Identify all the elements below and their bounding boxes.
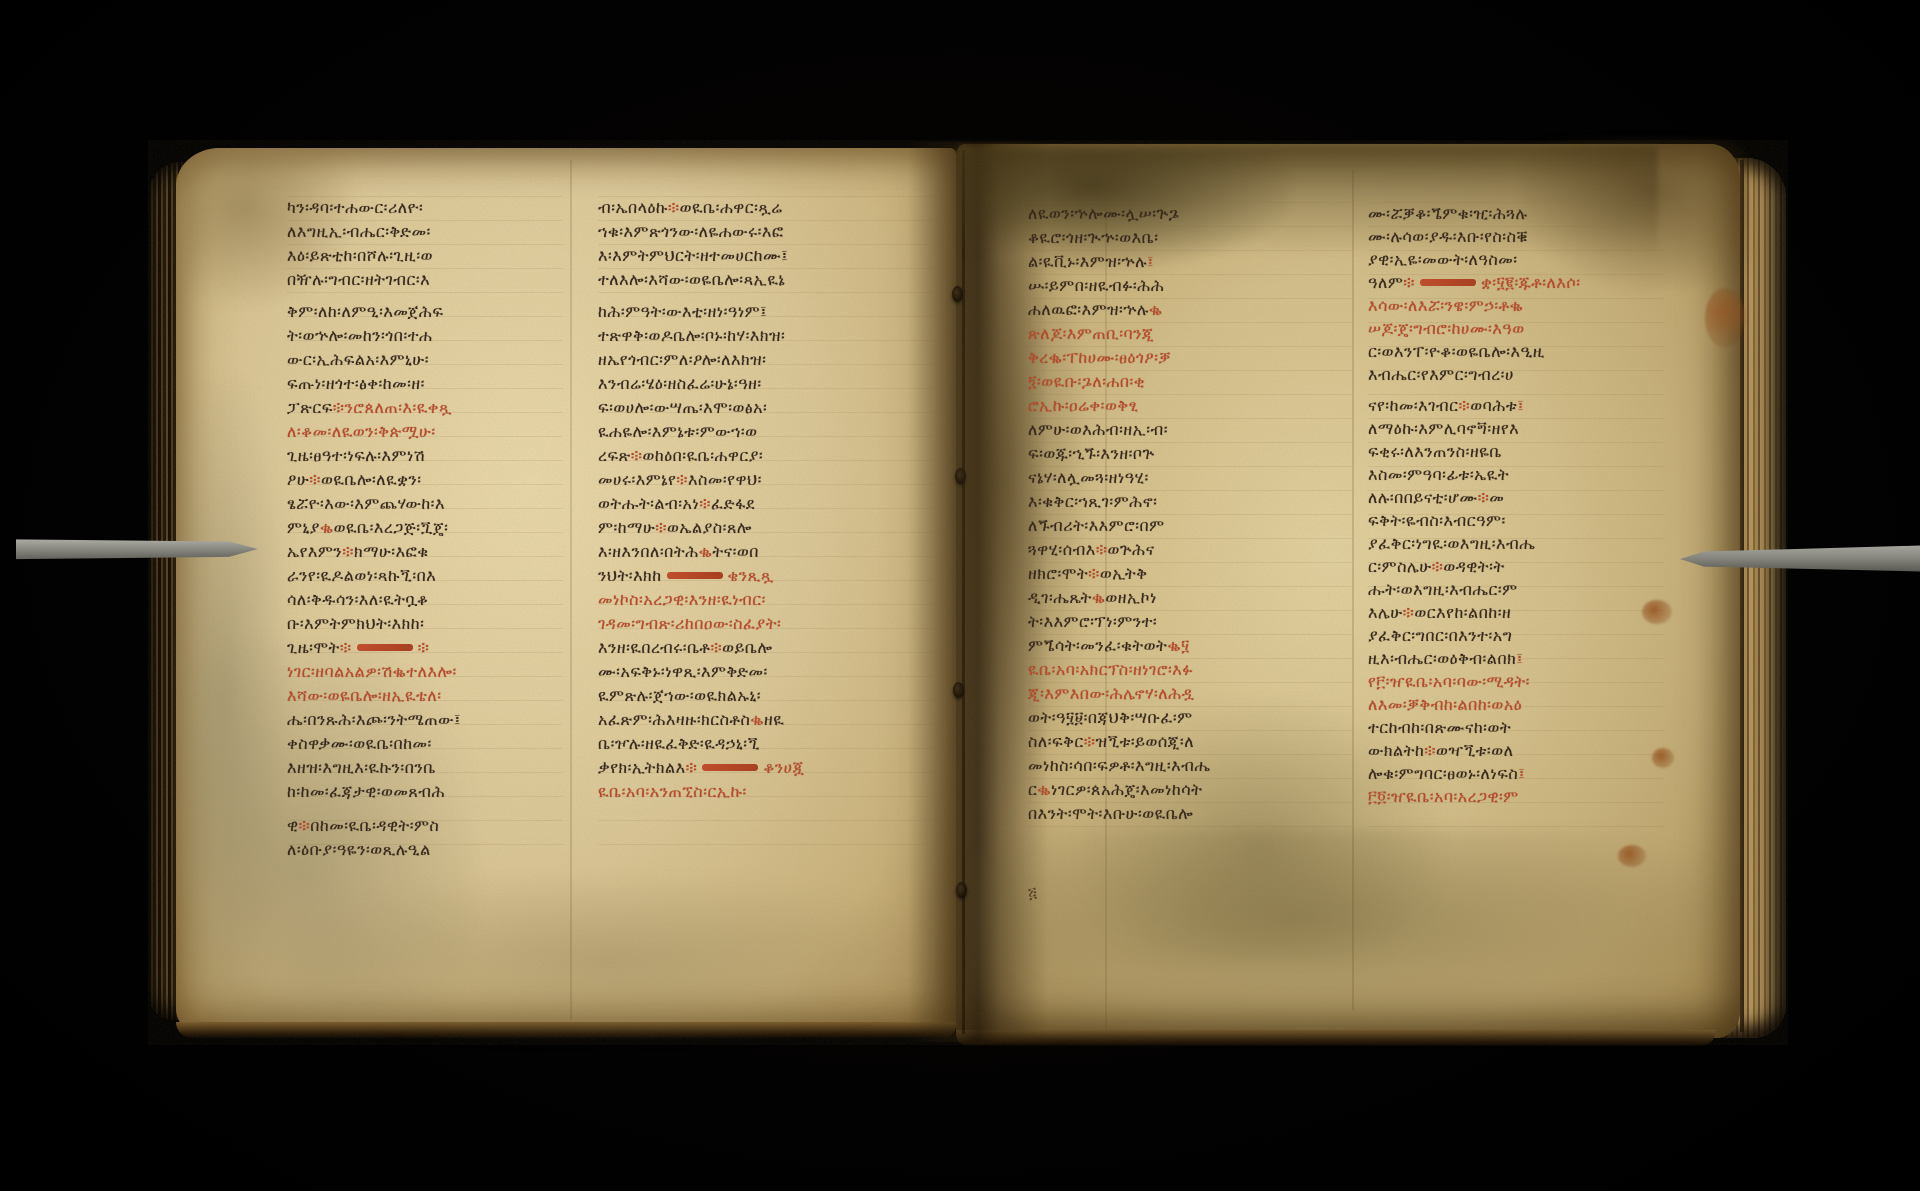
left-page-bottom-rim [176, 1022, 956, 1038]
body-text: ቆዪሮ፡ጎዘ፡ጒኍ፡ወእቤ፡ [1028, 228, 1158, 247]
body-text: እንዘ፡ዪበረብሩ፡ቤቶ [598, 638, 710, 657]
manuscript-line: እ፡እምትምህርት፡ዘተመሀርከሙ፤ [598, 244, 950, 268]
rubric-text: ፨ [1403, 273, 1415, 292]
rubric-text: ሠጆ፡ጄ፡ግብሮ፡ከሀሙ፡እዓወ [1368, 319, 1525, 338]
body-text: ቃየክ፡ኢትክልእ [598, 758, 686, 777]
manuscript-line: ምጜሳት፡መንፈ፡ቁትወትቈ፶ [1028, 634, 1352, 658]
body-text: ናኔሃ፡ለሏመጓ፡ዘነዓሂ፡ [1028, 468, 1149, 487]
rubric-text: ቄንጺጿ [728, 566, 774, 585]
body-text: ፈድፋደ [711, 494, 755, 513]
manuscript-line: እንዘ፡ዪበረብሩ፡ቤቶ፨ወይቤሎ [598, 636, 950, 660]
manuscript-line: ቅረቈ፡ፐከሀሙ፡ፀዕጎዖ፡ቓ [1028, 346, 1352, 370]
body-text: ፍጡነ፡ዘጎተ፡ፅቀ፡ከመ፡ዘ፡ [287, 374, 425, 393]
body-text: እ፡እምትምህርት፡ዘተመሀርከሙ፤ [598, 246, 788, 265]
body-text: ሑት፡ወእግዚ፡እብሔር፡ም [1368, 580, 1518, 599]
manuscript-line: ናኔሃ፡ለሏመጓ፡ዘነዓሂ፡ [1028, 466, 1352, 490]
manuscript-line: ፍ፡ወሀሎ፡ውሣጤ፡እሞ፡ወፅአ፡ [598, 396, 950, 420]
body-text: ፓጽርፍ [287, 398, 333, 417]
rubric-text: እሻው፡ወዬቤሎ፡ዘኢዪቴለ፡ [287, 686, 442, 705]
body-text: ፍቅት፡ዬብስ፡እብርዓም፡ [1368, 511, 1506, 530]
body-text: ወኤልያስ፡ጸሎ [667, 518, 752, 537]
manuscript-line: ተለእሎ፡እሻው፡ወዬቤሎ፡ጻኢዪኔ [598, 268, 950, 292]
body-text: ክማሁ፡እፎቁ [354, 542, 429, 561]
manuscript-line: ለእግዚኢ፡ብሔር፡ቅድመ፡ [287, 220, 563, 244]
body-text: ወዳዊት፡ት [1443, 557, 1504, 576]
body-text: ወኢትቅ [1100, 564, 1148, 583]
rubric-text: ጽለ቎ጆ፡እምጠቢ፡ባንጂ [1028, 324, 1154, 343]
manuscript-line: በእንት፡ሞት፡እቡሁ፡ወዪቤሎ [1028, 802, 1352, 826]
body-text: ወባሕቱ [1470, 396, 1517, 415]
rubric-text: ቈ [320, 518, 334, 537]
rubric-text: ቈ፶ [1167, 636, 1189, 655]
body-text: ዓለም [1368, 273, 1403, 292]
manuscript-line: ርቈነገርዎ፡ጰአሕጄ፡እመነከሳት [1028, 778, 1352, 802]
body-text: ፍቂሩ፡ለእንጠንስ፡ዘዬቤ [1368, 442, 1502, 461]
manuscript-line: ከ፡ከመ፡ፈጃታዊ፡ወመጸብሕ [287, 780, 563, 804]
body-text: ዘክሮ፡ሞት [1028, 564, 1088, 583]
manuscript-line: ፄሯዮ፡እው፡እምጨሃውከ፡እ [287, 492, 563, 516]
rubric-text: እሳው፡ለእሯ፡ንዌ፡ምኃ፡ቶቈ [1368, 296, 1523, 315]
body-text: እስመ፡የዋህ፡ [688, 470, 762, 489]
body-text: ዘኤየጎብር፡ምለ፡ዖሎ፡ለእክዝ፡ [598, 350, 766, 369]
body-text: ሔ፡በንጹሕ፡እጮ፡ንትሜጠው፤ [287, 710, 461, 729]
body-text: ወዪቤ፡እረጋጅ፡ጟጄ፡ [334, 518, 449, 537]
body-text: ጊዜ፡ሞት [287, 638, 340, 657]
manuscript-line: ለማዕኩ፡እምሊባኖጝ፡ዘየእ [1368, 417, 1664, 440]
body-text: ውር፡ኢሕፍልአ፡እምኒሁ፡ [287, 350, 429, 369]
rubric-text: ፨ [299, 816, 311, 835]
body-text: ተርከብከ፡በጽሙናከ፡ወት [1368, 718, 1511, 737]
manuscript-line: ሙ፡ሉሳወ፡ያዱ፡እቡ፡የስ፡ስቑ [1368, 225, 1664, 248]
body-text: ስለ፡ፍቅር [1028, 732, 1084, 751]
manuscript-line: ቤ፡ዦሉ፡ዘዪፈቅድ፡ዪዳኃኒ፡ጚ [598, 732, 950, 756]
body-text: ተጽዋቅ፡ወዶቤሎ፡ቦኑ፡ከሃ፡እክዝ፡ [598, 326, 785, 345]
manuscript-line: ዪምጽሉ፡ጀኀው፡ወዪክልኡኒ፡ [598, 684, 950, 708]
manuscript-line: አፈጽም፡ሕእዛዙ፡ክርስቶስቈዘዪ [598, 708, 950, 732]
body-text: ለምሁ፡ወእሕብ፡ዘኢ፡ብ፡ [1028, 420, 1168, 439]
rubric-text: ፨ [1478, 488, 1490, 507]
body-text: ዖሁ [287, 470, 309, 489]
manuscript-line: እሻው፡ወዬቤሎ፡ዘኢዪቴለ፡ [287, 684, 563, 708]
body-text: ዝጚቱ፡ይወሰጂ፡ለ [1095, 732, 1194, 751]
rubric-text: ፨ [631, 446, 643, 465]
body-text: በከመ፡ዪቤ፡ዳዊት፡ምስ [310, 816, 439, 835]
rubric-text: የ፫፡ዠዪቤ፡አባ፡ባው፡ሚዳት፡ [1368, 672, 1530, 691]
manuscript-line: ጂ፡እምእበው፡ሕሌኖሃ፡ለሕዷ [1028, 682, 1352, 706]
manuscript-line: ፍጡነ፡ዘጎተ፡ፅቀ፡ከመ፡ዘ፡ [287, 372, 563, 396]
manuscript-line: መሀሩ፡እምኔየ፨እስመ፡የዋህ፡ [598, 468, 950, 492]
body-text: እንብሬ፡ሄዕ፡ዘስፈሬ፡ሁኔ፡ዓዘ፡ [598, 374, 762, 393]
rubric-text: ፤ [1147, 252, 1154, 271]
manuscript-line: ዘክሮ፡ሞት፨ወኢትቅ [1028, 562, 1352, 586]
body-text: ወዣጚቱ፡ወለ [1436, 741, 1513, 760]
rubric-text: ቈ [750, 710, 764, 729]
body-text: ብ፡ኤበላዕኩ [598, 198, 668, 217]
rubric-text: ፨ [340, 638, 352, 657]
body-text: ት፡ወኍሎ፡መከን፡ጎበ፡ተሐ [287, 326, 432, 345]
manuscript-line: ረፍጽ፨ወከዕበ፡ዪቤ፡ሐዋርያ፡ [598, 444, 950, 468]
body-text: ቅም፡ለከ፡ለምዒ፡እመጀሕፍ [287, 302, 443, 321]
manuscript-line: ዖሁ፨ወዪቤሎ፡ለዪቋን፡ [287, 468, 563, 492]
manuscript-line: ለዪወን፡ኍሎሙ፡ሏሠ፡ጕጔ [1028, 202, 1352, 226]
body-text: ዊ [287, 816, 299, 835]
binding-stitch [955, 468, 966, 484]
body-text: ጓዋሂ፡ሰብእ [1028, 540, 1096, 559]
manuscript-line: ለሉ፡በበይናቲ፡ሆሙ፨መ [1368, 486, 1664, 509]
manuscript-line: እብሔር፡የእምር፡ግብረ፡ሀ [1368, 363, 1664, 386]
rubric-text: ፨ንሮጰለጠ፡እ፡ዪቀጿ [333, 398, 452, 417]
body-text: ወከዕበ፡ዪቤ፡ሐዋርያ፡ [642, 446, 763, 465]
body-text: ኤየእምን [287, 542, 342, 561]
manuscript-line: እሳው፡ለእሯ፡ንዌ፡ምኃ፡ቶቈ [1368, 294, 1664, 317]
text-column-4: ሙ፡ሯቓቆ፡ጜምቁ፡ዢ፡ሕጓሉሙ፡ሉሳወ፡ያዱ፡እቡ፡የስ፡ስቑያዊ፡ኢዬ፡መው… [1368, 202, 1664, 842]
manuscript-line: ጽለ቎ጆ፡እምጠቢ፡ባንጂ [1028, 322, 1352, 346]
body-text: በእንት፡ሞት፡እቡሁ፡ወዪቤሎ [1028, 804, 1193, 823]
manuscript-line: ነገር፡ዘባልአልዎ፡ሽቈተለእሎ፡ [287, 660, 563, 684]
manuscript-line: ሠጆ፡ጄ፡ግብሮ፡ከሀሙ፡እዓወ [1368, 317, 1664, 340]
body-text: ወጕሕና [1108, 540, 1155, 559]
manuscript-line: ቆዪሮ፡ጎዘ፡ጒኍ፡ወእቤ፡ [1028, 226, 1352, 250]
manuscript-line: ከሕ፡ምዓት፡ውእቲ፡ዘነ፡ዓነም፤ [598, 300, 950, 324]
body-text: እስመ፡ምዓባ፡ፊቱ፡ኤዪት [1368, 465, 1509, 484]
manuscript-line: ያፈቅር፡ነግዪ፡ወእግዚ፡እብሔ [1368, 532, 1664, 555]
manuscript-photo: ካን፡ዳባ፡ተሐውር፡ሪለዮ፡ለእግዚኢ፡ብሔር፡ቅድመ፡እዕ፡ይጽቲከ፡በሾሉ… [0, 0, 1920, 1191]
rubric-text: ፨ [1459, 396, 1471, 415]
manuscript-line: ወትሑት፡ልብ፡አነ፨ፈድፋደ [598, 492, 950, 516]
rubric-text: ቈ [1149, 300, 1163, 319]
body-text: አፈጽም፡ሕእዛዙ፡ክርስቶስ [598, 710, 750, 729]
manuscript-line: ት፡ወኍሎ፡መከን፡ጎበ፡ተሐ [287, 324, 563, 348]
manuscript-line: እዕ፡ይጽቲከ፡በሾሉ፡ጊዚ፡ወ [287, 244, 563, 268]
manuscript-line: ፓጽርፍ፨ንሮጰለጠ፡እ፡ዪቀጿ [287, 396, 563, 420]
manuscript-line: ቅም፡ለከ፡ለምዒ፡እመጀሕፍ [287, 300, 563, 324]
red-rule [667, 572, 723, 579]
body-text: ወርእየከ፡ልበከ፡ዘ [1414, 603, 1511, 622]
red-rule [1420, 279, 1476, 286]
body-text: ፄሯዮ፡እው፡እምጨሃውከ፡እ [287, 494, 445, 513]
rubric-text: ጂ፡እምእበው፡ሕሌኖሃ፡ለሕዷ [1028, 684, 1194, 703]
manuscript-line: ንህት፡እክከቄንጺጿ [598, 564, 950, 588]
manuscript-line: ል፡ዪቪኑ፡እምዝ፡ኍሉ፤ [1028, 250, 1352, 274]
manuscript-line: ለ፡ቆመ፡ለዪወን፡ቅጵሟሁ፡ [287, 420, 563, 444]
manuscript-line: የ፫፡ዠዪቤ፡አባ፡ባው፡ሚዳት፡ [1368, 670, 1664, 693]
right-page-bottom-rim [956, 1030, 1716, 1046]
rubric-text: ለእመ፡ቓቅብከ፡ልበከ፡ወአዕ [1368, 695, 1522, 714]
body-text: እዘዝ፡እግዚእ፡ዪኩን፡በንቤ [287, 758, 436, 777]
rubric-text: ፨ [668, 198, 680, 217]
binding-stitch [956, 882, 967, 898]
body-text: ከ፡ከመ፡ፈጃታዊ፡ወመጸብሕ [287, 782, 445, 801]
body-text: እብሔር፡የእምር፡ግብረ፡ሀ [1368, 365, 1514, 384]
body-text: ዪምጽሉ፡ጀኀው፡ወዪክልኡኒ፡ [598, 686, 761, 705]
body-text: ር፡ወእንፐ፡ዮቆ፡ወዬቤሎ፡እዒዚ [1368, 342, 1545, 361]
manuscript-line: ፍ፡ወጁ፡ኂጙ፡እንዘ፡ቦጕ [1028, 442, 1352, 466]
manuscript-line: ጊዜ፡ፀዓተ፡ነፍሉ፡እምነሽ [287, 444, 563, 468]
rubric-text: ፨ [342, 542, 354, 561]
body-text: ተለእሎ፡እሻው፡ወዬቤሎ፡ጻኢዪኔ [598, 270, 785, 289]
manuscript-line: እ፡ቁቅር፡ኀጺገ፡ምሕኖ፡ [1028, 490, 1352, 514]
rubric-text: ቈ [699, 542, 713, 561]
manuscript-line: እንብሬ፡ሄዕ፡ዘስፈሬ፡ሁኔ፡ዓዘ፡ [598, 372, 950, 396]
body-text: ለእግዚኢ፡ብሔር፡ቅድመ፡ [287, 222, 431, 241]
body-text: ኀቁ፡እምጽጎንው፡ለዬሐውሩ፡እፎ [598, 222, 784, 241]
manuscript-line: ወት፡ዓ፶፱፡በጃህቅ፡ሣቡፈ፡ም [1028, 706, 1352, 730]
rubric-text: ፤ [1516, 649, 1523, 668]
manuscript-line: ር፡ምስሌሁ፨ወዳዊት፡ት [1368, 555, 1664, 578]
body-text: ምጜሳት፡መንፈ፡ቁትወት [1028, 636, 1167, 655]
manuscript-line: ዚእ፡ብሔር፡ወዕቅብ፡ልበክ፤ [1368, 647, 1664, 670]
manuscript-line: ለእመ፡ቓቅብከ፡ልበከ፡ወአዕ [1368, 693, 1664, 716]
manuscript-line: ቡ፡እምትምክህት፡እክከ፡ [287, 612, 563, 636]
manuscript-line: ዲገ፡ሔጼትቈወዘኢኮነ [1028, 586, 1352, 610]
rubric-text: ቋ፡፶፪፡ጁቶ፡ለእሶ፡ [1481, 273, 1581, 292]
rubric-text: ፨ [686, 758, 698, 777]
body-text: ፍ፡ወሀሎ፡ውሣጤ፡እሞ፡ወፅአ፡ [598, 398, 767, 417]
manuscript-line: ብ፡ኤበላዕኩ፨ወዪቤ፡ሐዋር፡ጿሬ [598, 196, 950, 220]
body-text: ያፈቅር፡ግበር፡በእንተ፡አግ [1368, 626, 1512, 645]
manuscript-line: መነከስ፡ሳበ፡ፍዎቶ፡እግዚ፡እብሔ [1028, 754, 1352, 778]
manuscript-line: ዪቤ፡አባ፡አንጠኚስ፡ርኢኩ፡ [598, 780, 950, 804]
body-text: ነገርዎ፡ጰአሕጄ፡እመነከሳት [1051, 780, 1202, 799]
body-text: እ፡ቁቅር፡ኀጺገ፡ምሕኖ፡ [1028, 492, 1157, 511]
body-text: ም፡ከማሁ [598, 518, 655, 537]
manuscript-line: ሐለዉፎ፡እምዝ፡ኍሉቈ [1028, 298, 1352, 322]
body-text: ሎቁ፡ምግባር፡ፀወኑ፡ለነፍስ [1368, 764, 1518, 783]
body-text: ያፈቅር፡ነግዪ፡ወእግዚ፡እብሔ [1368, 534, 1535, 553]
manuscript-line: ሎቁ፡ምግባር፡ፀወኑ፡ለነፍስ፤ [1368, 762, 1664, 785]
rubric-text: ቈ [1092, 588, 1106, 607]
manuscript-line: ለምሁ፡ወእሕብ፡ዘኢ፡ብ፡ [1028, 418, 1352, 442]
rubric-text: ፤ [1517, 396, 1524, 415]
manuscript-line: ሡ፡ይምበ፡ዘዪብፉ፡ሕሕ [1028, 274, 1352, 298]
manuscript-line: ሙ፡ሯቓቆ፡ጜምቁ፡ዢ፡ሕጓሉ [1368, 202, 1664, 225]
rubric-text: ፨ [1096, 540, 1108, 559]
manuscript-line: ፍቅት፡ዬብስ፡እብርዓም፡ [1368, 509, 1664, 532]
manuscript-line: በዥሉ፡ግብር፡ዘትገብር፡እ [287, 268, 563, 292]
manuscript-line: ምኒያቈወዪቤ፡እረጋጅ፡ጟጄ፡ [287, 516, 563, 540]
rubric-text: ለ፡ቆመ፡ለዪወን፡ቅጵሟሁ፡ [287, 422, 436, 441]
rubric-text: ፨ [699, 494, 711, 513]
manuscript-line: እሌሁ፨ወርእየከ፡ልበከ፡ዘ [1368, 601, 1664, 624]
rubric-text: ፨ [1088, 564, 1100, 583]
manuscript-line: ስለ፡ፍቅር፨ዝጚቱ፡ይወሰጂ፡ለ [1028, 730, 1352, 754]
manuscript-line: ም፡ከማሁ፨ወኤልያስ፡ጸሎ [598, 516, 950, 540]
manuscript-line: እዘዝ፡እግዚእ፡ዪኩን፡በንቤ [287, 756, 563, 780]
manuscript-line: ገዳመ፡ግብጽ፡ሪከበዐው፡ስፈያት፡ [598, 612, 950, 636]
rubric-text: ቆንሀጇ [763, 758, 804, 777]
body-text: ሙ፡ሯቓቆ፡ጜምቁ፡ዢ፡ሕጓሉ [1368, 204, 1527, 223]
body-text: ያዊ፡ኢዬ፡መውት፡ለዓስመ፡ [1368, 250, 1518, 269]
body-text: ለማዕኩ፡እምሊባኖጝ፡ዘየእ [1368, 419, 1519, 438]
body-text: ፍ፡ወጁ፡ኂጙ፡እንዘ፡ቦጕ [1028, 444, 1155, 463]
manuscript-line: ናየ፡ከመ፡እገብር፨ወባሕቱ፤ [1368, 394, 1664, 417]
body-text: ዲገ፡ሔጼት [1028, 588, 1092, 607]
red-rule [357, 644, 413, 651]
manuscript-line: ዓለም፨ቋ፡፶፪፡ጁቶ፡ለእሶ፡ [1368, 271, 1664, 294]
rubric-text: ፨ [1084, 732, 1096, 751]
manuscript-line: ራንየ፡ዪዶልወነ፡ጻኩጚ፡በእ [287, 564, 563, 588]
body-text: እዕ፡ይጽቲከ፡በሾሉ፡ጊዚ፡ወ [287, 246, 433, 265]
manuscript-line: ያዊ፡ኢዬ፡መውት፡ለዓስመ፡ [1368, 248, 1664, 271]
body-text: ቤ፡ዦሉ፡ዘዪፈቅድ፡ዪዳኃኒ፡ጚ [598, 734, 760, 753]
manuscript-line: ዘኤየጎብር፡ምለ፡ዖሎ፡ለእክዝ፡ [598, 348, 950, 372]
body-text: ቀስዋቃሙ፡ወዪቤ፡በከመ፡ [287, 734, 432, 753]
body-text: ጊዜ፡ፀዓተ፡ነፍሉ፡እምነሽ [287, 446, 425, 465]
manuscript-line: እ፡ዘእንበለ፡በትሕቈትና፡ወበ [598, 540, 950, 564]
rubric-text: ፨ [710, 638, 722, 657]
manuscript-line: እስመ፡ምዓባ፡ፊቱ፡ኤዪት [1368, 463, 1664, 486]
manuscript-line: ፫፬፡ዠዪቤ፡አባ፡አረጋዊ፡ም [1368, 785, 1664, 808]
manuscript-line: ሑት፡ወእግዚ፡እብሔር፡ም [1368, 578, 1664, 601]
body-text: ዘዪ [764, 710, 784, 729]
body-text: ዪሐዬሎ፡እምኔቱ፡ምውኀ፡ወ [598, 422, 758, 441]
body-text: ወዘኢኮነ [1105, 588, 1156, 607]
rubric-text: ፨ [418, 638, 430, 657]
rubric-text: ፨ [1432, 557, 1444, 576]
body-text: ለ፡ዕቡያ፡ዓዬን፡ወጺሉዒል [287, 840, 431, 859]
manuscript-line: ሳለ፡ቅዱሳን፡እለ፡ዪትቧቆ [287, 588, 563, 612]
gutter-crease [962, 150, 965, 1034]
manuscript-line: ር፡ወእንፐ፡ዮቆ፡ወዬቤሎ፡እዒዚ [1368, 340, 1664, 363]
manuscript-line: ውክልትከ፨ወዣጚቱ፡ወለ [1368, 739, 1664, 762]
body-text: ሙ፡አፍቅኑ፡ነዋጺ፡እምቅድመ፡ [598, 662, 768, 681]
body-text: ካን፡ዳባ፡ተሐውር፡ሪለዮ፡ [287, 198, 423, 217]
manuscript-line: ለጙብሪት፡እእምሮ፡በም [1028, 514, 1352, 538]
manuscript-line: መነኮስ፡አረጋዊ፡እንዘ፡ዪነብር፡ [598, 588, 950, 612]
body-text: መ [1489, 488, 1504, 507]
body-text: ወት፡ዓ፶፱፡በጃህቅ፡ሣቡፈ፡ም [1028, 708, 1193, 727]
manuscript-line: ቀስዋቃሙ፡ወዪቤ፡በከመ፡ [287, 732, 563, 756]
rubric-text: ፺፡ወዪቡ፡ጔለ፡ሐበ፡ቂ [1028, 372, 1145, 391]
manuscript-line: ጊዜ፡ሞት፨፨ [287, 636, 563, 660]
rubric-text: ፨ [1424, 741, 1436, 760]
rubric-text: ነገር፡ዘባልአልዎ፡ሽቈተለእሎ፡ [287, 662, 457, 681]
manuscript-line: ቃየክ፡ኢትክልእ፨ቆንሀጇ [598, 756, 950, 780]
body-text: ወትሑት፡ልብ፡አነ [598, 494, 699, 513]
manuscript-line: ዊ፨በከመ፡ዪቤ፡ዳዊት፡ምስ [287, 814, 563, 838]
manuscript-line: ውር፡ኢሕፍልአ፡እምኒሁ፡ [287, 348, 563, 372]
manuscript-line: ሙ፡አፍቅኑ፡ነዋጺ፡እምቅድመ፡ [598, 660, 950, 684]
text-column-3: ለዪወን፡ኍሎሙ፡ሏሠ፡ጕጔቆዪሮ፡ጎዘ፡ጒኍ፡ወእቤ፡ል፡ዪቪኑ፡እምዝ፡ኍሉ… [1028, 202, 1352, 850]
binding-stitch [952, 286, 963, 302]
manuscript-line: ፍቂሩ፡ለእንጠንስ፡ዘዬቤ [1368, 440, 1664, 463]
rubric-text: ፨ [309, 470, 321, 489]
manuscript-line: ዪሐዬሎ፡እምኔቱ፡ምውኀ፡ወ [598, 420, 950, 444]
body-text: ለሉ፡በበይናቲ፡ሆሙ [1368, 488, 1478, 507]
body-text: ረፍጽ [598, 446, 631, 465]
body-text: ል፡ዪቪኑ፡እምዝ፡ኍሉ [1028, 252, 1147, 271]
rubric-text: መነኮስ፡አረጋዊ፡እንዘ፡ዪነብር፡ [598, 590, 766, 609]
body-text: ዚእ፡ብሔር፡ወዕቅብ፡ልበክ [1368, 649, 1516, 668]
body-text: ሐለዉፎ፡እምዝ፡ኍሉ [1028, 300, 1149, 319]
text-column-1: ካን፡ዳባ፡ተሐውር፡ሪለዮ፡ለእግዚኢ፡ብሔር፡ቅድመ፡እዕ፡ይጽቲከ፡በሾሉ… [287, 196, 563, 862]
manuscript-line: ጓዋሂ፡ሰብእ፨ወጕሕና [1028, 538, 1352, 562]
body-text: እሌሁ [1368, 603, 1403, 622]
body-text: እ፡ዘእንበለ፡በትሕ [598, 542, 699, 561]
body-text: ር፡ምስሌሁ [1368, 557, 1432, 576]
manuscript-line: ሮኢኩ፡ዐሬቀ፡ወቅፂ [1028, 394, 1352, 418]
red-rule [702, 764, 758, 771]
body-text: ሡ፡ይምበ፡ዘዪብፉ፡ሕሕ [1028, 276, 1164, 295]
rubric-text: ፨ [676, 470, 688, 489]
fore-edge-dark-line [1740, 160, 1744, 1032]
rubric-text: ሮኢኩ፡ዐሬቀ፡ወቅፂ [1028, 396, 1139, 415]
quire-mark: ፭ [1027, 883, 1038, 902]
rubric-text: ገዳመ፡ግብጽ፡ሪከበዐው፡ስፈያት፡ [598, 614, 781, 633]
manuscript-line: ተርከብከ፡በጽሙናከ፡ወት [1368, 716, 1664, 739]
body-text: ትና፡ወበ [712, 542, 759, 561]
body-text: ንህት፡እክከ [598, 566, 662, 585]
body-text: ወይቤሎ [722, 638, 772, 657]
manuscript-line: ተጽዋቅ፡ወዶቤሎ፡ቦኑ፡ከሃ፡እክዝ፡ [598, 324, 950, 348]
manuscript-line: ሔ፡በንጹሕ፡እጮ፡ንትሜጠው፤ [287, 708, 563, 732]
body-text: ለጙብሪት፡እእምሮ፡በም [1028, 516, 1165, 535]
body-text: ምኒያ [287, 518, 320, 537]
body-text: ወዪቤ፡ሐዋር፡ጿሬ [680, 198, 783, 217]
binding-stitch [953, 682, 964, 698]
rubric-text: ዪቤ፡አባ፡አንጠኚስ፡ርኢኩ፡ [598, 782, 747, 801]
body-text: ለዪወን፡ኍሎሙ፡ሏሠ፡ጕጔ [1028, 204, 1179, 223]
body-text: ናየ፡ከመ፡እገብር [1368, 396, 1459, 415]
manuscript-line: ያፈቅር፡ግበር፡በእንተ፡አግ [1368, 624, 1664, 647]
manuscript-line: ኀቁ፡እምጽጎንው፡ለዬሐውሩ፡እፎ [598, 220, 950, 244]
text-column-2: ብ፡ኤበላዕኩ፨ወዪቤ፡ሐዋር፡ጿሬኀቁ፡እምጽጎንው፡ለዬሐውሩ፡እፎእ፡እም… [598, 196, 950, 846]
body-text: በዥሉ፡ግብር፡ዘትገብር፡እ [287, 270, 430, 289]
manuscript-line: ካን፡ዳባ፡ተሐውር፡ሪለዮ፡ [287, 196, 563, 220]
body-text: ውክልትከ [1368, 741, 1424, 760]
body-text: ት፡እእምሮ፡ፕነ፡ምንተ፡ [1028, 612, 1157, 631]
body-text: መሀሩ፡እምኔየ [598, 470, 676, 489]
rubric-text: ቈ [1037, 780, 1051, 799]
rubric-text: ፫፬፡ዠዪቤ፡አባ፡አረጋዊ፡ም [1368, 787, 1519, 806]
rubric-text: ፨ [1403, 603, 1415, 622]
manuscript-line: ዪቤ፡አባ፡አክርፕስ፡ዘነገሮ፡እፉ [1028, 658, 1352, 682]
body-text: ር [1028, 780, 1037, 799]
body-text: ወዪቤሎ፡ለዪቋን፡ [321, 470, 422, 489]
manuscript-line: ፺፡ወዪቡ፡ጔለ፡ሐበ፡ቂ [1028, 370, 1352, 394]
rubric-text: ዪቤ፡አባ፡አክርፕስ፡ዘነገሮ፡እፉ [1028, 660, 1193, 679]
rubric-text: ፤ [1518, 764, 1525, 783]
manuscript-line: ኤየእምን፨ክማሁ፡እፎቁ [287, 540, 563, 564]
manuscript-line: ት፡እእምሮ፡ፕነ፡ምንተ፡ [1028, 610, 1352, 634]
body-text: ቡ፡እምትምክህት፡እክከ፡ [287, 614, 424, 633]
manuscript-line: ለ፡ዕቡያ፡ዓዬን፡ወጺሉዒል [287, 838, 563, 862]
rubric-text: ፨ [655, 518, 667, 537]
rubric-text: ቅረቈ፡ፐከሀሙ፡ፀዕጎዖ፡ቓ [1028, 348, 1171, 367]
body-text: ሙ፡ሉሳወ፡ያዱ፡እቡ፡የስ፡ስቑ [1368, 227, 1528, 246]
body-text: ሳለ፡ቅዱሳን፡እለ፡ዪትቧቆ [287, 590, 428, 609]
body-text: መነከስ፡ሳበ፡ፍዎቶ፡እግዚ፡እብሔ [1028, 756, 1210, 775]
body-text: ከሕ፡ምዓት፡ውእቲ፡ዘነ፡ዓነም፤ [598, 302, 767, 321]
body-text: ራንየ፡ዪዶልወነ፡ጻኩጚ፡በእ [287, 566, 436, 585]
